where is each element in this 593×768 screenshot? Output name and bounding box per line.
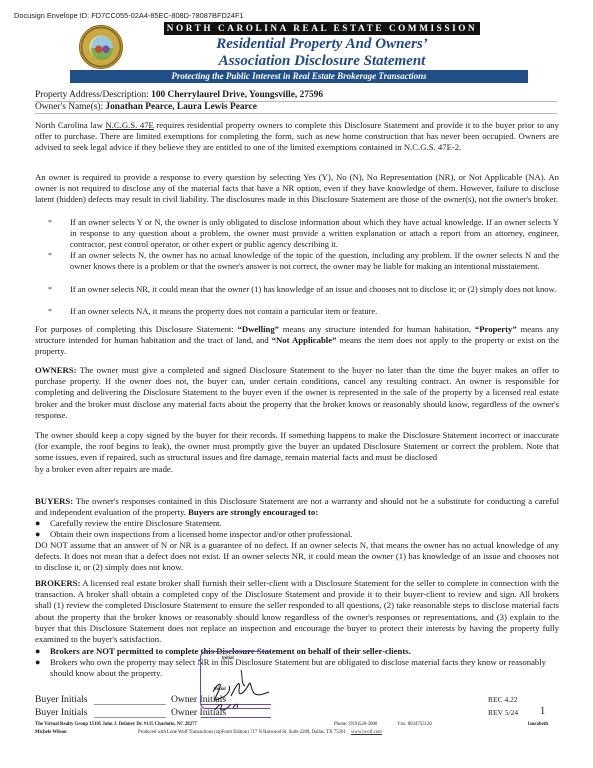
owners-paragraph: OWNERS: The owner must give a completed …: [35, 365, 559, 421]
buyer-bullet: ● Obtain their own inspections from a li…: [35, 529, 559, 540]
bullet-text: If an owner selects N, the owner has no …: [70, 250, 559, 272]
website-link[interactable]: www.lwolf.com: [351, 730, 382, 735]
bullet-text: If an owner selects NA, it means the pro…: [70, 306, 559, 317]
buyer-bullet: ● Carefully review the entire Disclosure…: [35, 518, 559, 529]
buyer-initials-line[interactable]: [94, 708, 166, 718]
bullet-text: If an owner selects Y or N, the owner is…: [70, 217, 559, 250]
rev-code: REV 5/24: [488, 708, 518, 717]
law-link[interactable]: N.C.G.S. 47E: [105, 120, 153, 130]
def-text: means any structure intended for human h…: [279, 324, 475, 334]
owners-heading: OWNERS:: [35, 365, 77, 375]
tagline-banner: Protecting the Public Interest in Real E…: [70, 70, 528, 83]
term-dwelling: “Dwelling”: [238, 324, 280, 334]
term-not-applicable: “Not Applicable”: [272, 335, 337, 345]
footer-produced: Produced with Lone Wolf Transactions (zi…: [138, 730, 382, 735]
bullet-marker: ●: [35, 657, 40, 668]
form-title-line1: Residential Property And Owners’: [164, 36, 480, 53]
nc-state-seal-icon: [79, 25, 123, 69]
commission-banner: NORTH CAROLINA REAL ESTATE COMMISSION: [164, 22, 480, 35]
buyer-initials-line[interactable]: [94, 695, 166, 705]
response-bullet: * If an owner selects N, the owner has n…: [48, 250, 559, 272]
address-label: Property Address/Description:: [35, 90, 149, 100]
buyers-paragraph: BUYERS: The owner's responses contained …: [35, 496, 559, 518]
buyer-initials-label: Buyer Initials: [35, 707, 88, 718]
docusign-initial-tag: Initial: [222, 655, 234, 660]
bullet-marker: ●: [35, 529, 40, 540]
fax-text: Fax: 8034755120: [398, 722, 432, 727]
owners-value: Jonathan Pearce, Laura Lewis Pearce: [105, 102, 256, 112]
bullet-marker: *: [48, 284, 58, 295]
page-number: 1: [540, 706, 545, 717]
bullet-text: Obtain their own inspections from a lice…: [50, 529, 559, 540]
envelope-id: Docusign Envelope ID: FD7CC055-02A4-85EC…: [14, 11, 244, 20]
def-text: For purposes of completing this Disclosu…: [35, 324, 238, 334]
term-property: “Property”: [475, 324, 517, 334]
agent-text: Michele Wilson: [35, 730, 67, 735]
owner-copy-tail: by a broker even after repairs are made.: [35, 464, 173, 474]
footer-company: The Virtual Realty Group 15105 John J. D…: [35, 722, 197, 727]
intro-text: North Carolina law: [35, 120, 105, 130]
response-bullet: * If an owner selects NR, it could mean …: [48, 284, 559, 295]
owner-copy-text: The owner should keep a copy signed by t…: [35, 430, 559, 462]
buyers-encouraged: Buyers are strongly encouraged to:: [188, 507, 318, 517]
intro-paragraph: North Carolina law N.C.G.S. 47E requires…: [35, 120, 559, 154]
bullet-marker: ●: [35, 646, 40, 657]
bullet-text: Carefully review the entire Disclosure S…: [50, 518, 559, 529]
broker-bullet: ● Brokers who own the property may selec…: [35, 657, 559, 679]
owners-label: Owner's Name(s):: [35, 102, 103, 112]
doc-name-text: laurabeth: [528, 722, 548, 727]
buyer-initials-2[interactable]: Buyer Initials: [35, 707, 166, 718]
footer-fax: Fax: 8034755120: [398, 722, 432, 727]
bullet-marker: *: [48, 217, 58, 228]
footer-agent: Michele Wilson: [35, 730, 67, 735]
responses-paragraph: An owner is required to provide a respon…: [35, 172, 559, 206]
buyer-initials-1[interactable]: Buyer Initials: [35, 694, 166, 705]
brokers-heading: BROKERS:: [35, 578, 80, 588]
footer-docname: laurabeth: [528, 722, 548, 727]
form-title-line2: Association Disclosure Statement: [164, 53, 480, 70]
produced-text: Produced with Lone Wolf Transactions (zi…: [138, 730, 346, 735]
address-value: 100 Cherrylaurel Drive, Youngsville, 275…: [151, 90, 323, 100]
bullet-text: Brokers are NOT permitted to complete th…: [50, 646, 559, 657]
property-address-field[interactable]: Property Address/Description: 100 Cherry…: [35, 90, 557, 102]
definitions-paragraph: For purposes of completing this Disclosu…: [35, 324, 559, 358]
buyers-warning: DO NOT assume that an answer of N or NR …: [35, 540, 559, 574]
sig-underline: [201, 717, 271, 718]
initials-signature-icon: [205, 662, 275, 714]
brokers-text: A licensed real estate broker shall furn…: [35, 578, 559, 644]
owners-text: The owner must give a completed and sign…: [35, 365, 559, 420]
response-bullet: * If an owner selects NA, it means the p…: [48, 306, 559, 317]
footer-phone: Phone: (919)528-3000: [334, 722, 377, 727]
response-bullet: * If an owner selects Y or N, the owner …: [48, 217, 559, 250]
broker-bullet: ● Brokers are NOT permitted to complete …: [35, 646, 559, 657]
bullet-text: If an owner selects NR, it could mean th…: [70, 284, 559, 295]
bullet-marker: ●: [35, 518, 40, 529]
buyers-heading: BUYERS:: [35, 496, 73, 506]
company-text: The Virtual Realty Group 15105 John J. D…: [35, 722, 197, 727]
owners-name-field[interactable]: Owner's Name(s): Jonathan Pearce, Laura …: [35, 102, 557, 114]
rec-code: REC 4.22: [488, 695, 518, 704]
buyer-initials-label: Buyer Initials: [35, 694, 88, 705]
bullet-text: Brokers who own the property may select …: [50, 657, 559, 679]
bullet-marker: *: [48, 306, 58, 317]
phone-text: Phone: (919)528-3000: [334, 722, 377, 727]
bullet-marker: *: [48, 250, 58, 261]
owner-copy-paragraph: The owner should keep a copy signed by t…: [35, 430, 559, 475]
brokers-paragraph: BROKERS: A licensed real estate broker s…: [35, 578, 559, 645]
